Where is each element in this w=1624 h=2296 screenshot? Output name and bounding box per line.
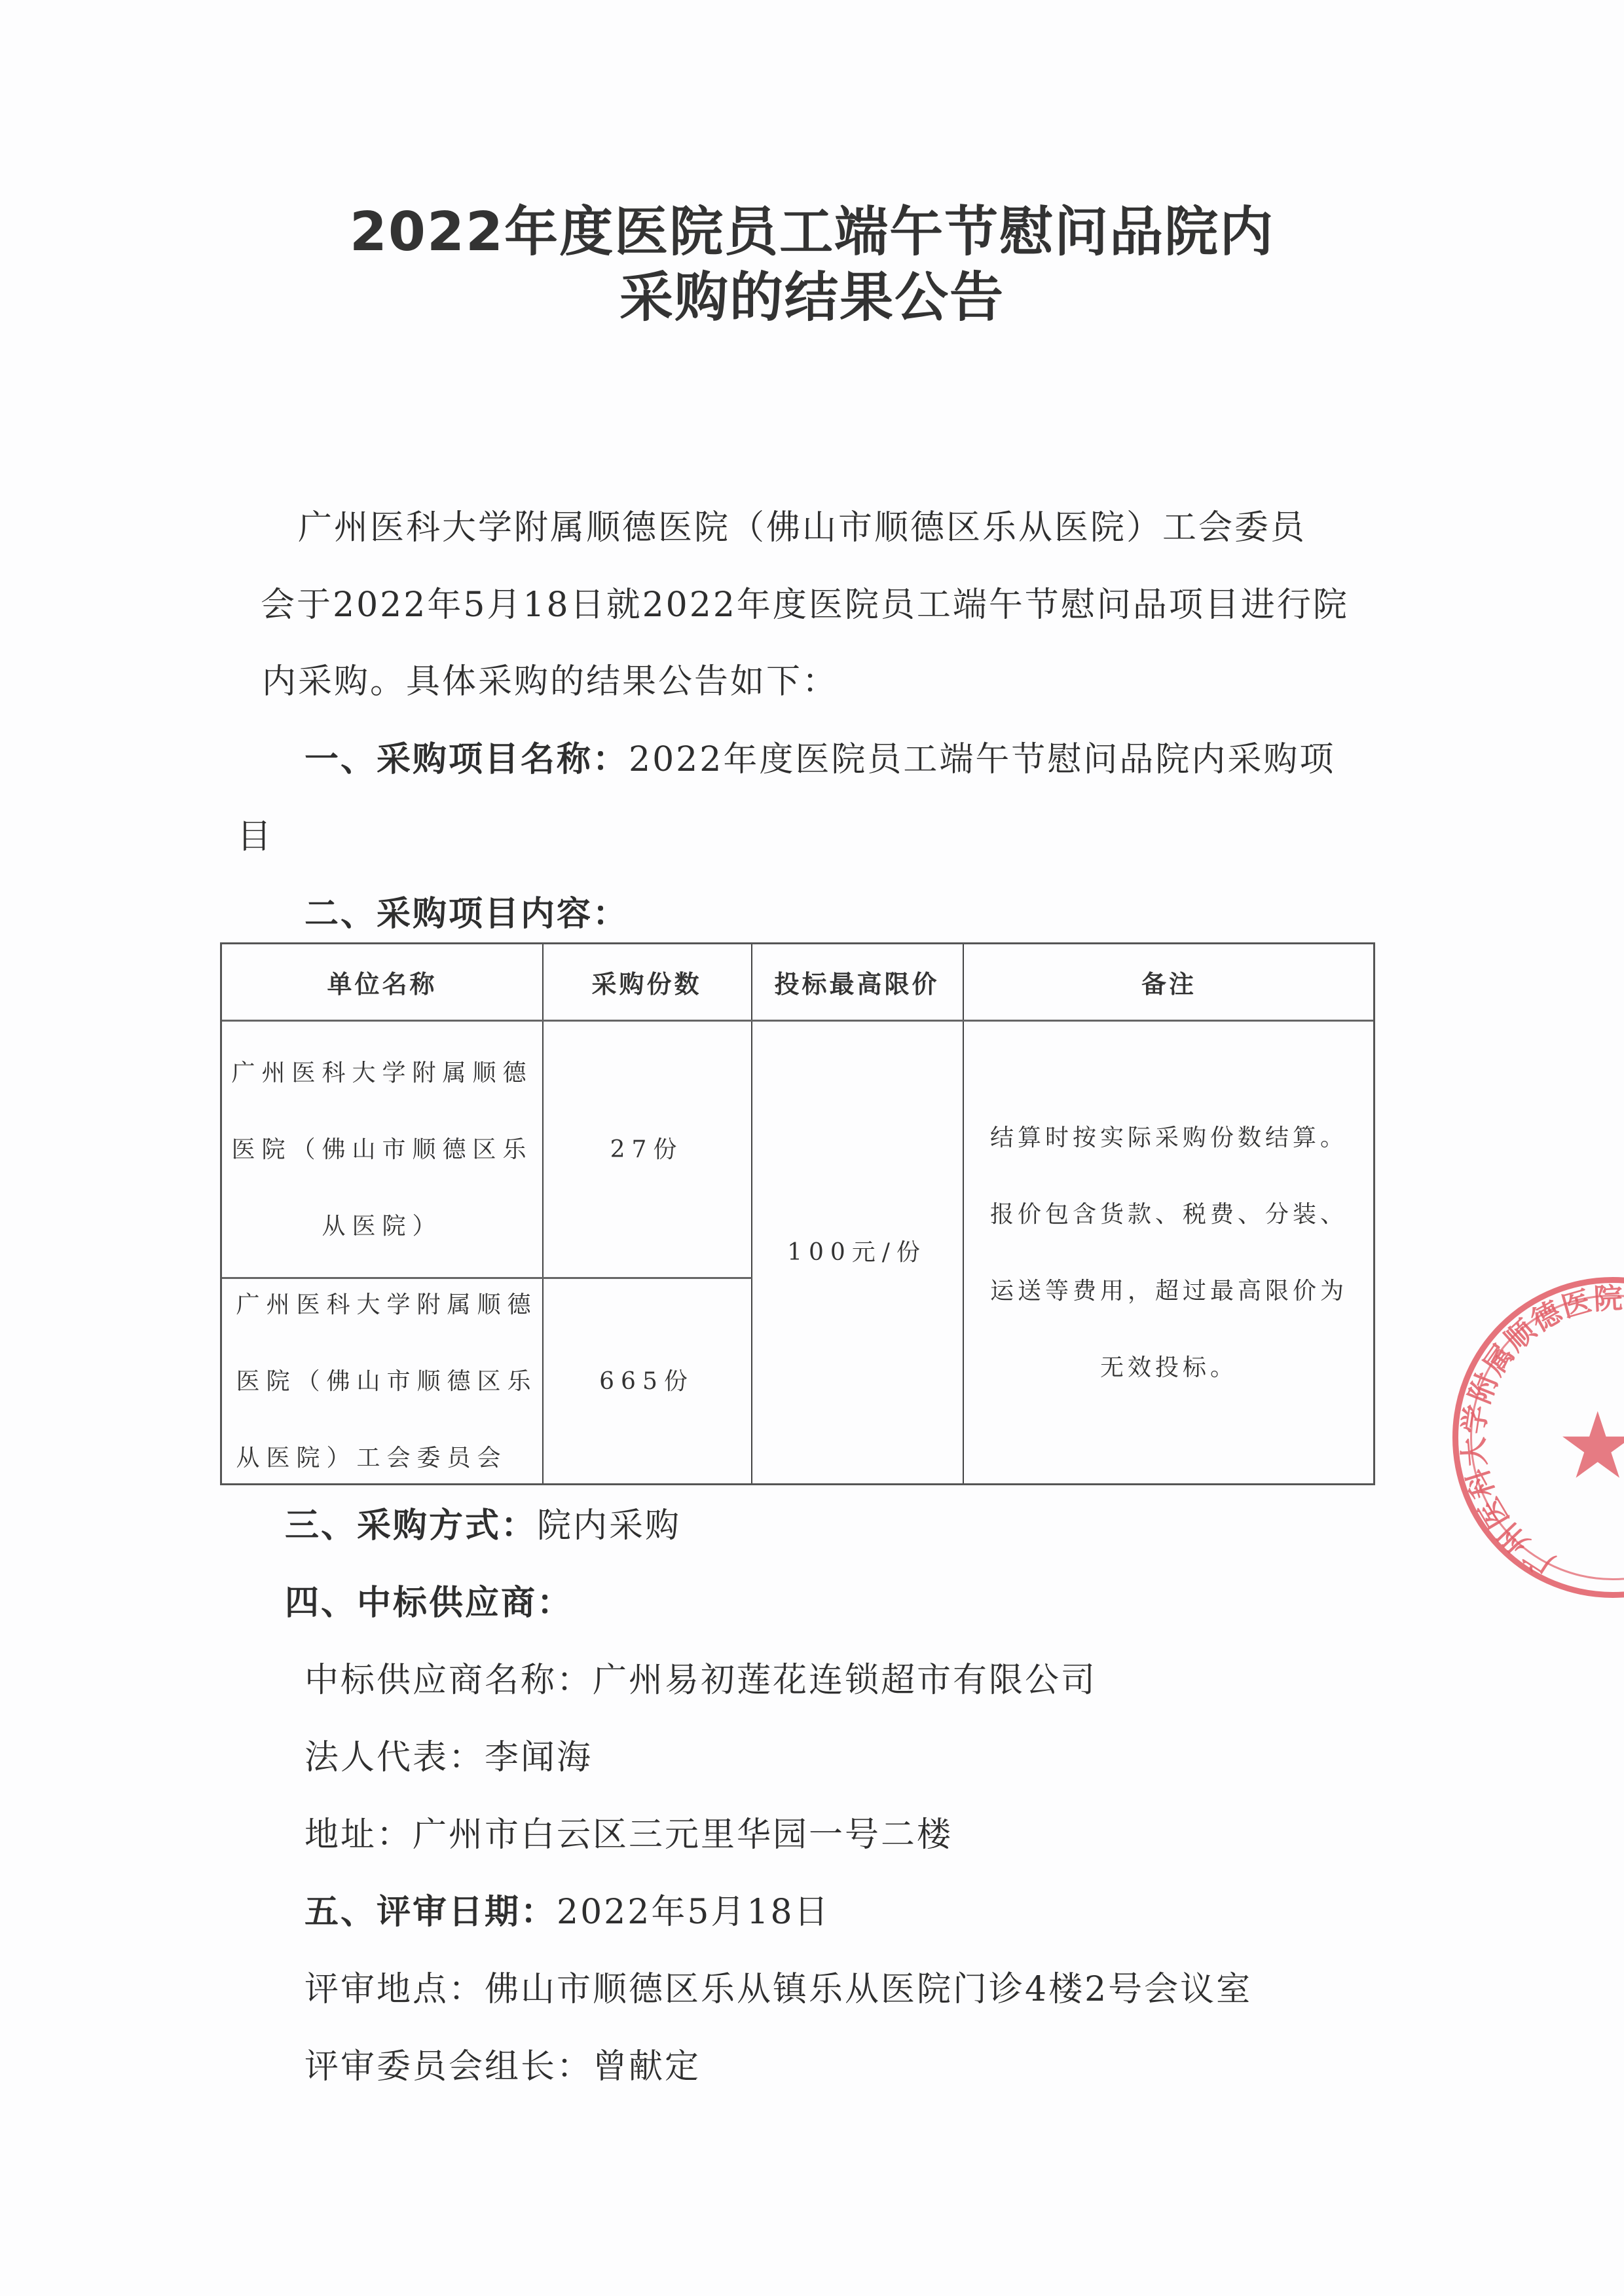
star-icon: ★ xyxy=(1557,1401,1624,1492)
section-1-value-cont: 目 xyxy=(237,817,273,857)
review-location-line: 评审地点：佛山市顺德区乐从镇乐从医院门诊4楼2号会议室 xyxy=(304,1970,1252,2009)
section-3: 三、采购方式：院内采购 xyxy=(285,1506,681,1546)
section-1-label: 一、采购项目名称： xyxy=(304,740,629,779)
cell-text-line: 结算时按实际采购份数结算。 xyxy=(990,1100,1348,1176)
supplier-name-line: 中标供应商名称：广州易初莲花连锁超市有限公司 xyxy=(304,1661,1097,1700)
legal-rep-line: 法人代表：李闻海 xyxy=(304,1738,593,1777)
section-5: 五、评审日期：2022年5月18日 xyxy=(304,1893,830,1932)
section-4-label: 四、中标供应商： xyxy=(285,1583,573,1623)
review-location: 佛山市顺德区乐从镇乐从医院门诊4楼2号会议室 xyxy=(485,1970,1252,2009)
section-4: 四、中标供应商： xyxy=(285,1583,573,1623)
address: 广州市白云区三元里华园一号二楼 xyxy=(413,1815,953,1855)
table-row-1-quantity: 27份 xyxy=(542,1022,751,1277)
cell-text-line: 报价包含货款、税费、分装、 xyxy=(990,1176,1348,1253)
cell-text-line: 广州医科大学附属顺德 xyxy=(231,1035,532,1111)
intro-line-1: 广州医科大学附属顺德医院（佛山市顺德区乐从医院）工会委员 xyxy=(298,508,1306,547)
table-row-1-unit: 广州医科大学附属顺德 医院（佛山市顺德区乐 从医院） xyxy=(222,1022,542,1277)
cell-text-line: 运送等费用，超过最高限价为 xyxy=(990,1253,1348,1329)
table-header-max-price: 投标最高限价 xyxy=(751,944,963,1020)
review-leader: 曾献定 xyxy=(593,2047,701,2086)
supplier-name: 广州易初莲花连锁超市有限公司 xyxy=(593,1661,1097,1700)
cell-text-line: 无效投标。 xyxy=(990,1329,1348,1406)
legal-rep: 李闻海 xyxy=(485,1738,593,1777)
legal-rep-label: 法人代表： xyxy=(304,1738,485,1777)
document-title-line1: 2022年度医院员工端午节慰问品院内 xyxy=(0,200,1624,265)
table-header-quantity: 采购份数 xyxy=(542,944,751,1020)
cell-text-line: 广州医科大学附属顺德 xyxy=(236,1267,537,1343)
cell-text-line: 从医院）工会委员会 xyxy=(236,1420,537,1496)
table-max-price: 100元/份 xyxy=(751,1022,963,1483)
review-location-label: 评审地点： xyxy=(304,1970,485,2009)
supplier-name-label: 中标供应商名称： xyxy=(304,1661,593,1700)
section-3-value: 院内采购 xyxy=(537,1506,681,1546)
section-5-label: 五、评审日期： xyxy=(304,1893,557,1932)
cell-text-line: 医院（佛山市顺德区乐 xyxy=(231,1111,532,1188)
table-header-remark: 备注 xyxy=(963,944,1375,1020)
table-row-2-quantity: 665份 xyxy=(542,1279,751,1483)
official-seal-stamp: 广州医科大学附属顺德医院（ ★ xyxy=(1452,1277,1624,1598)
section-2-label: 二、采购项目内容： xyxy=(304,895,629,934)
document-title-line2: 采购的结果公告 xyxy=(0,265,1624,331)
review-date: 2022年5月18日 xyxy=(557,1893,830,1932)
section-1-value: 2022年度医院员工端午节慰问品院内采购项 xyxy=(629,740,1335,779)
address-label: 地址： xyxy=(304,1815,413,1855)
table-remark: 结算时按实际采购份数结算。 报价包含货款、税费、分装、 运送等费用，超过最高限价… xyxy=(963,1022,1375,1483)
table-row-2-unit: 广州医科大学附属顺德 医院（佛山市顺德区乐 从医院）工会委员会 xyxy=(222,1279,542,1483)
section-3-label: 三、采购方式： xyxy=(285,1506,537,1546)
review-leader-label: 评审委员会组长： xyxy=(304,2047,593,2086)
procurement-table: 单位名称 采购份数 投标最高限价 备注 广州医科大学附属顺德 医院（佛山市顺德区… xyxy=(220,942,1375,1485)
cell-text-line: 从医院） xyxy=(231,1188,532,1265)
table-header-unit: 单位名称 xyxy=(222,944,542,1020)
review-leader-line: 评审委员会组长：曾献定 xyxy=(304,2047,701,2086)
intro-line-2: 会于2022年5月18日就2022年度医院员工端午节慰问品项目进行院 xyxy=(261,585,1349,625)
address-line: 地址：广州市白云区三元里华园一号二楼 xyxy=(304,1815,953,1855)
section-1: 一、采购项目名称：2022年度医院员工端午节慰问品院内采购项 xyxy=(304,740,1335,779)
cell-text-line: 医院（佛山市顺德区乐 xyxy=(236,1343,537,1420)
intro-line-3: 内采购。具体采购的结果公告如下： xyxy=(262,662,838,701)
section-2: 二、采购项目内容： xyxy=(304,895,629,934)
